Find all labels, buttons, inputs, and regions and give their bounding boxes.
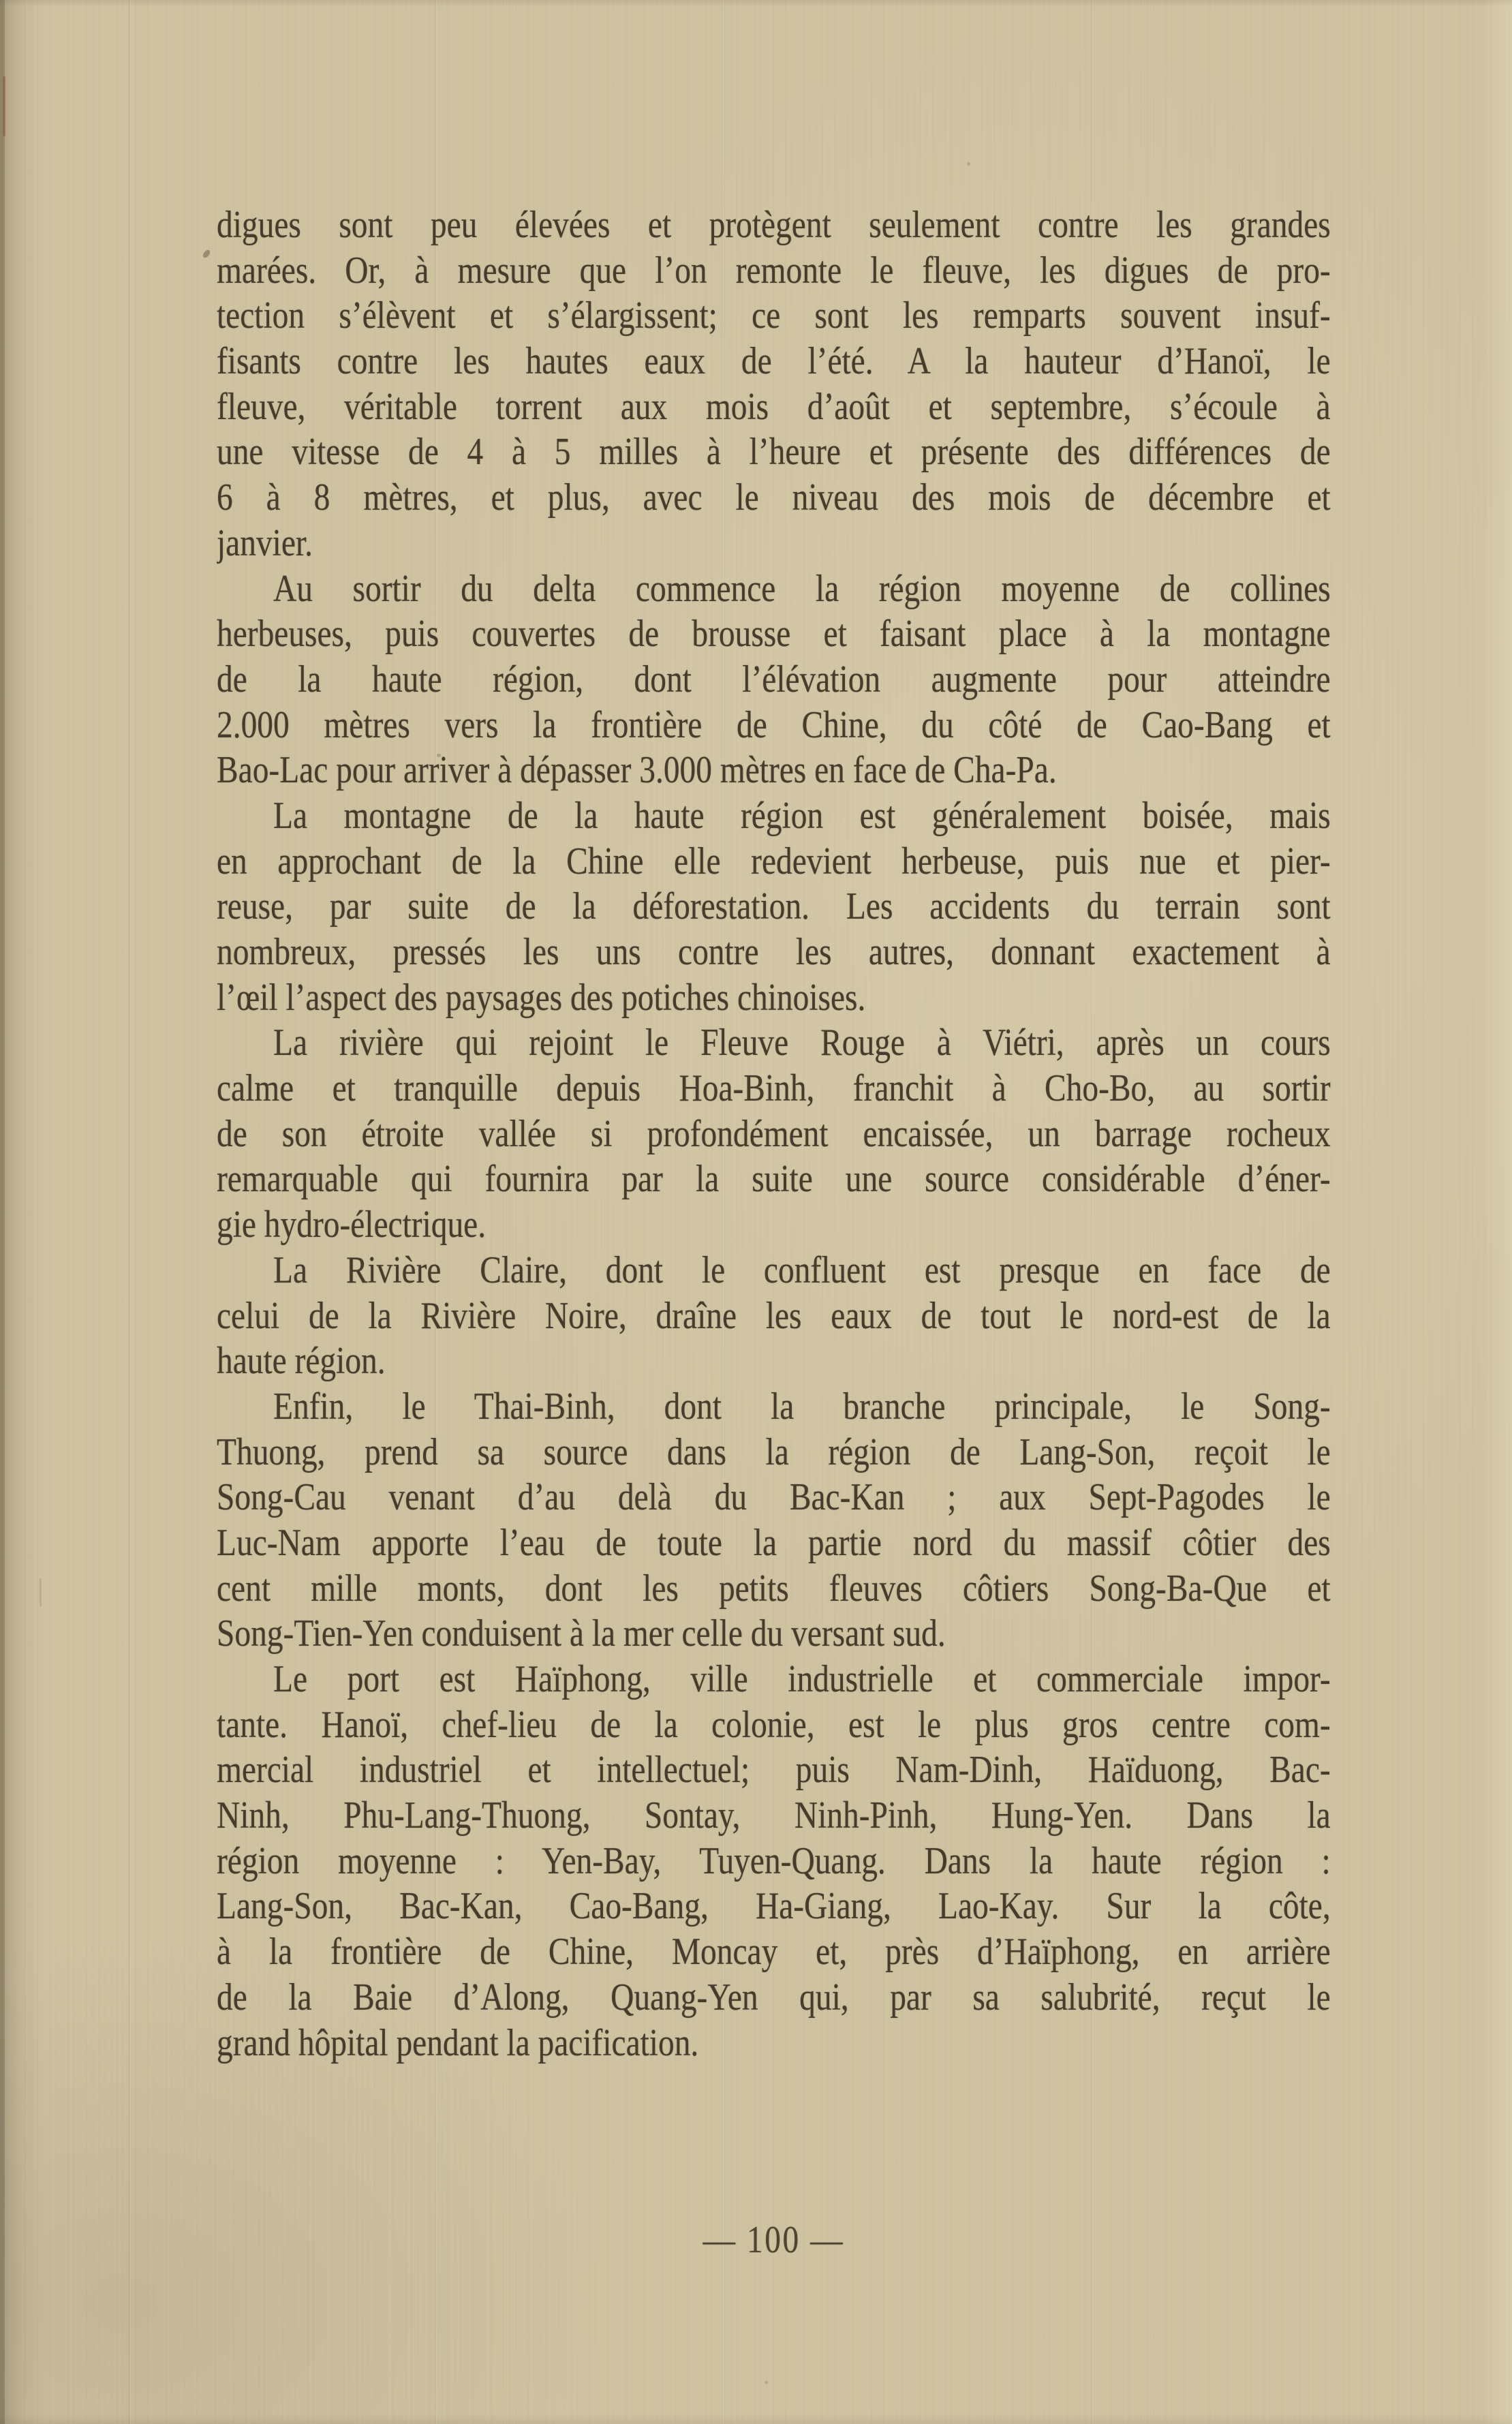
text-line: La rivière qui rejoint le Fleuve Rouge à… [217,1020,1331,1066]
text-line: de la haute région, dont l’élévation aug… [217,657,1331,703]
text-line: Song-Cau venant d’au delà du Bac-Kan ; a… [217,1475,1331,1520]
paragraph: digues sont peu élevées et protègent seu… [217,202,1331,566]
text-line: 2.000 mètres vers la frontière de Chine,… [217,703,1331,748]
scan-edge-top [0,0,1512,7]
paragraph: La Rivière Claire, dont le confluent est… [217,1248,1331,1384]
text-line: remarquable qui fournira par la suite un… [217,1156,1331,1202]
text-line: l’œil l’aspect des paysages des potiches… [217,975,1331,1021]
text-line: gie hydro-électrique. [217,1202,1331,1248]
text-line: de la Baie d’Along, Quang-Yen qui, par s… [217,1975,1331,2021]
text-line: cent mille monts, dont les petits fleuve… [217,1566,1331,1612]
text-line: calme et tranquille depuis Hoa-Binh, fra… [217,1066,1331,1111]
text-line: Luc-Nam apporte l’eau de toute la partie… [217,1520,1331,1566]
text-line: digues sont peu élevées et protègent seu… [217,202,1331,248]
text-line: marées. Or, à mesure que l’on remonte le… [217,248,1331,294]
text-line: fisants contre les hautes eaux de l’été.… [217,339,1331,384]
text-line: en approchant de la Chine elle redevient… [217,839,1331,885]
text-line: tante. Hanoï, chef-lieu de la colonie, e… [217,1702,1331,1748]
text-line: grand hôpital pendant la pacification. [217,2021,1331,2066]
text-line: herbeuses, puis couvertes de brousse et … [217,611,1331,657]
text-line: région moyenne : Yen-Bay, Tuyen-Quang. D… [217,1839,1331,1884]
text-line: celui de la Rivière Noire, draîne les ea… [217,1293,1331,1339]
paragraph: La rivière qui rejoint le Fleuve Rouge à… [217,1020,1331,1247]
text-line: fleuve, véritable torrent aux mois d’aoû… [217,384,1331,430]
page-number: — 100 — [217,2218,1331,2262]
scan-edge-right [1481,0,1512,2424]
text-line: tection s’élèvent et s’élargissent; ce s… [217,293,1331,339]
text-line: Bao-Lac pour arriver à dépasser 3.000 mè… [217,748,1331,793]
paper-fiber [40,1578,42,1607]
text-line: à la frontière de Chine, Moncay et, près… [217,1929,1331,1975]
text-line: Le port est Haïphong, ville industrielle… [217,1657,1331,1702]
text-line: Lang-Son, Bac-Kan, Cao-Bang, Ha-Giang, L… [217,1884,1331,1929]
paragraph: Le port est Haïphong, ville industrielle… [217,1657,1331,2066]
text-line: Au sortir du delta commence la région mo… [217,566,1331,612]
paper-fiber [3,76,5,136]
text-line: La montagne de la haute région est génér… [217,793,1331,839]
paper-speck [967,162,970,166]
paper-speck [202,249,211,259]
page-text-block: digues sont peu élevées et protègent seu… [217,202,1331,2066]
text-line: Song-Tien-Yen conduisent à la mer celle … [217,1611,1331,1657]
paragraph: La montagne de la haute région est génér… [217,793,1331,1020]
text-line: 6 à 8 mètres, et plus, avec le niveau de… [217,475,1331,521]
text-line: une vitesse de 4 à 5 milles à l’heure et… [217,429,1331,475]
scan-edge-bottom [0,2414,1512,2424]
paragraph: Enfin, le Thai-Binh, dont la branche pri… [217,1384,1331,1657]
text-line: reuse, par suite de la déforestation. Le… [217,884,1331,930]
scan-edge-shadow-left [0,0,44,2424]
text-line: La Rivière Claire, dont le confluent est… [217,1248,1331,1293]
paper-speck [765,2381,768,2384]
scan-edge-left [0,0,5,2424]
scanned-book-page: { "page": { "paragraphs": [ { "indent": … [0,0,1512,2424]
text-line: Ninh, Phu-Lang-Thuong, Sontay, Ninh-Pinh… [217,1793,1331,1839]
text-line: nombreux, pressés les uns contre les aut… [217,930,1331,975]
text-line: de son étroite vallée si profondément en… [217,1111,1331,1157]
paragraph: Au sortir du delta commence la région mo… [217,566,1331,793]
text-line: mercial industriel et intellectuel; puis… [217,1747,1331,1793]
text-line: haute région. [217,1338,1331,1384]
text-line: Thuong, prend sa source dans la région d… [217,1430,1331,1475]
text-line: Enfin, le Thai-Binh, dont la branche pri… [217,1384,1331,1430]
paper-crease [128,0,130,2424]
text-line: janvier. [217,521,1331,566]
